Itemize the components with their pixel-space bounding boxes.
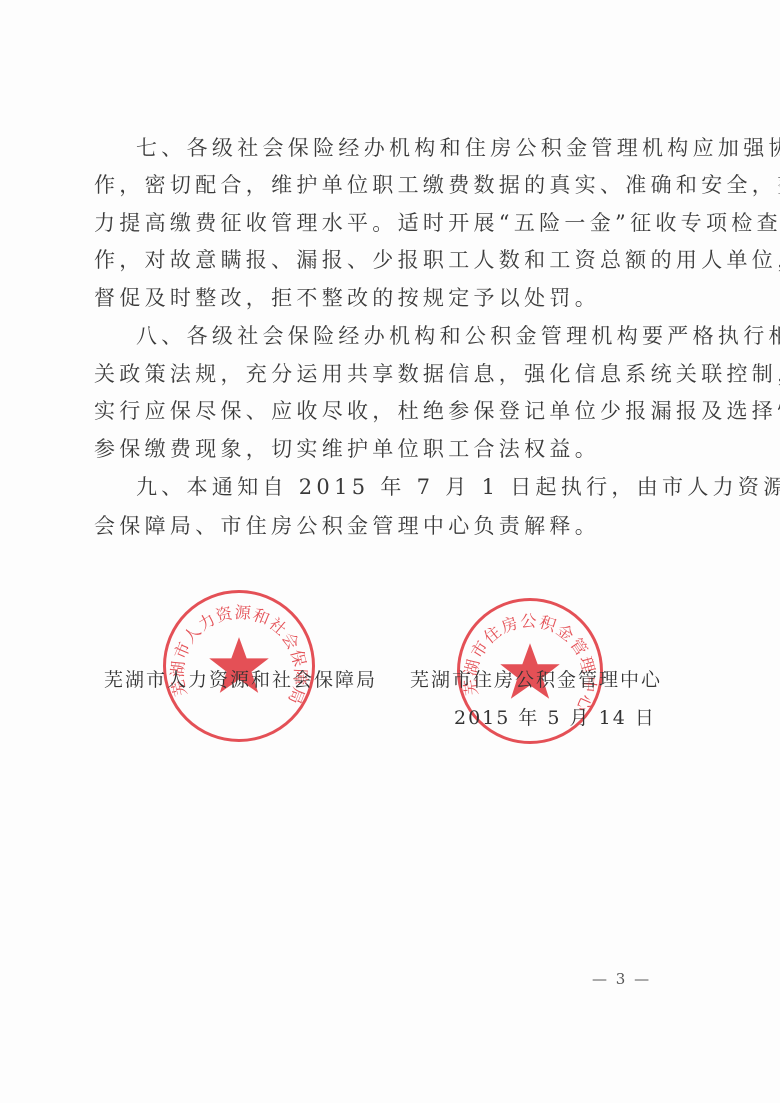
paragraph-7-line-1: 七、各级社会保险经办机构和住房公积金管理机构应加强协: [136, 135, 674, 161]
document-page: 七、各级社会保险经办机构和住房公积金管理机构应加强协 作，密切配合，维护单位职工…: [0, 0, 780, 1103]
paragraph-8-line-3: 实行应保尽保、应收尽收，杜绝参保登记单位少报漏报及选择性: [94, 398, 674, 424]
signature-housing-fund-center: 芜湖市住房公积金管理中心: [410, 668, 662, 692]
paragraph-8-line-4: 参保缴费现象，切实维护单位职工合法权益。: [94, 436, 674, 462]
paragraph-9-line-1: 九、本通知自 2015 年 7 月 1 日起执行，由市人力资源和社: [136, 474, 674, 500]
paragraph-7-line-4: 作，对故意瞒报、漏报、少报职工人数和工资总额的用人单位，: [94, 247, 674, 273]
paragraph-7-line-5: 督促及时整改，拒不整改的按规定予以处罚。: [94, 285, 674, 311]
signature-hrss-bureau: 芜湖市人力资源和社会保障局: [104, 668, 377, 692]
paragraph-8-line-2: 关政策法规，充分运用共享数据信息，强化信息系统关联控制，: [94, 361, 674, 387]
paragraph-7-line-3: 力提高缴费征收管理水平。适时开展“五险一金”征收专项检查工: [94, 210, 674, 236]
paragraph-9-line-2: 会保障局、市住房公积金管理中心负责解释。: [94, 513, 674, 539]
paragraph-8-line-1: 八、各级社会保险经办机构和公积金管理机构要严格执行相: [136, 323, 674, 349]
page-number: — 3 —: [592, 970, 651, 988]
signature-date: 2015 年 5 月 14 日: [454, 706, 656, 730]
seal-star-icon: 芜湖市人力资源和社会保障局: [166, 593, 312, 739]
official-seal-hrss: 芜湖市人力资源和社会保障局: [163, 590, 315, 742]
paragraph-7-line-2: 作，密切配合，维护单位职工缴费数据的真实、准确和安全，努: [94, 172, 674, 198]
